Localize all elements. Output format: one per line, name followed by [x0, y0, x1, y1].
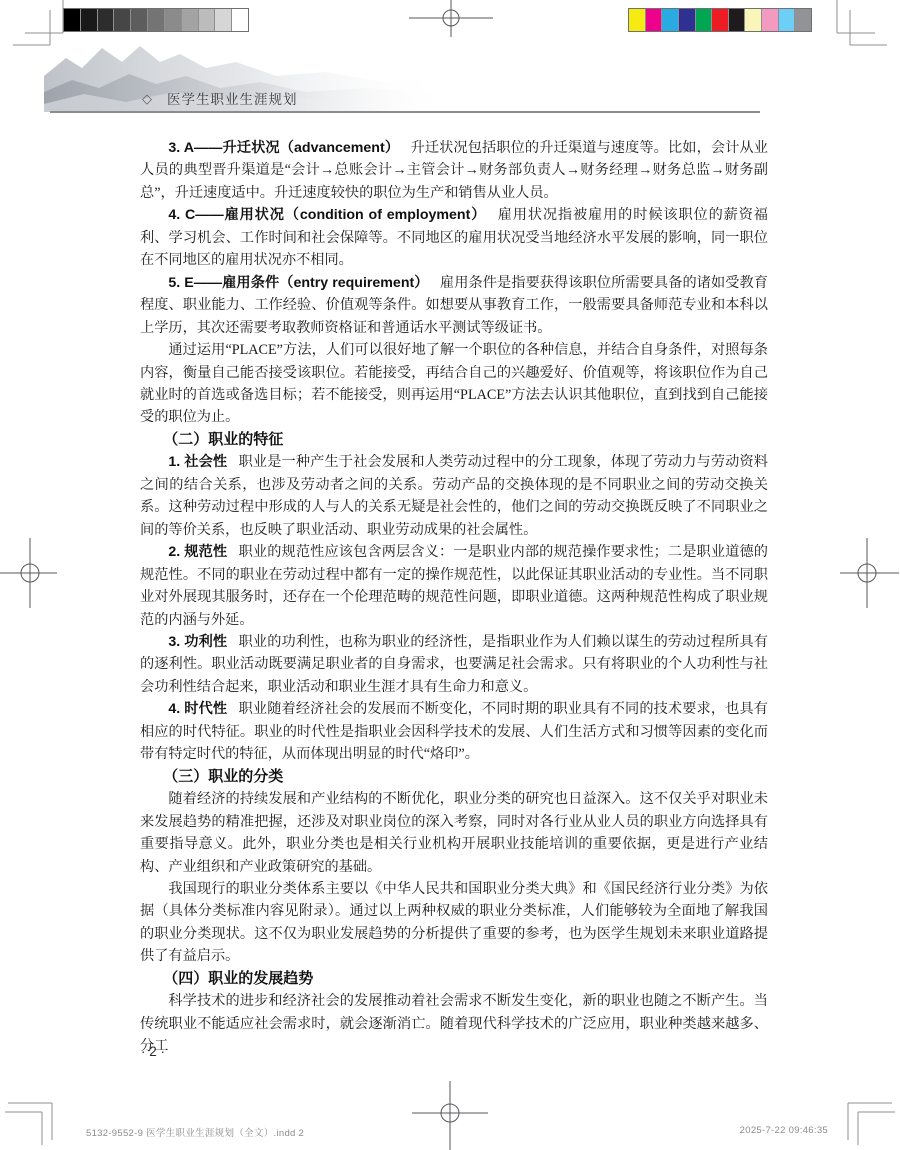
calibration-cell	[131, 9, 148, 31]
crop-mark-bottom-right	[835, 1095, 900, 1150]
section-heading-characteristics: （二）职业的特征	[140, 429, 768, 451]
running-header-title: 医学生职业生涯规划	[167, 88, 298, 108]
registration-mark-left	[0, 538, 58, 613]
calibration-cell	[646, 9, 663, 31]
paragraph-text: 我国现行的职业分类体系主要以《中华人民共和国职业分类大典》和《国民经济行业分类》…	[140, 881, 768, 964]
registration-mark-right	[840, 538, 900, 613]
calibration-cell	[64, 9, 81, 31]
paragraph-trends: 科学技术的进步和经济社会的发展推动着社会需求不断发生变化，新的职业也随之不断产生…	[140, 990, 768, 1057]
paragraph-lead: 2. 规范性	[168, 544, 227, 560]
diamond-icon: ◇	[142, 92, 152, 105]
paragraph-classification-research: 随着经济的持续发展和产业结构的不断优化，职业分类的研究也日益深入。这不仅关乎对职…	[140, 788, 768, 878]
paragraph-lead: 4. C——雇用状况（condition of employment）	[168, 207, 486, 223]
calibration-cell	[762, 9, 779, 31]
calibration-cell	[629, 9, 646, 31]
registration-mark-graphic	[0, 538, 58, 608]
grayscale-calibration-bar	[63, 8, 249, 32]
calibration-cell	[679, 9, 696, 31]
calibration-cell	[729, 9, 746, 31]
paragraph-place-method: 通过运用“PLACE”方法，人们可以很好地了解一个职位的各种信息，并结合自身条件…	[140, 339, 768, 429]
calibration-cell	[662, 9, 679, 31]
crop-mark-top-right	[830, 0, 900, 55]
paragraph-era: 4. 时代性职业随着经济社会的发展而不断变化，不同时期的职业具有不同的技术要求，…	[140, 698, 768, 765]
calibration-cell	[114, 9, 131, 31]
imposition-timestamp: 2025-7-22 09:46:35	[740, 1125, 828, 1136]
crop-mark-graphic	[835, 1095, 900, 1150]
crop-mark-graphic	[0, 1095, 65, 1150]
section-heading-trends: （四）职业的发展趋势	[140, 968, 768, 990]
calibration-cell	[712, 9, 729, 31]
paragraph-normativity: 2. 规范性职业的规范性应该包含两层含义：一是职业内部的规范操作要求性；二是职业…	[140, 541, 768, 631]
paragraph-text: 职业的规范性应该包含两层含义：一是职业内部的规范操作要求性；二是职业道德的规范性…	[140, 544, 768, 627]
paragraph-utility: 3. 功利性职业的功利性，也称为职业的经济性，是指职业作为人们赖以谋生的劳动过程…	[140, 631, 768, 698]
calibration-cell	[182, 9, 199, 31]
paragraph-classification-system: 我国现行的职业分类体系主要以《中华人民共和国职业分类大典》和《国民经济行业分类》…	[140, 878, 768, 968]
paragraph-entry-requirement: 5. E——雇用条件（entry requirement）雇用条件是指要获得该职…	[140, 272, 768, 339]
paragraph-condition-of-employment: 4. C——雇用状况（condition of employment）雇用状况指…	[140, 204, 768, 271]
paragraph-text: 随着经济的持续发展和产业结构的不断优化，职业分类的研究也日益深入。这不仅关乎对职…	[140, 791, 768, 874]
registration-mark-graphic	[409, 0, 493, 38]
paragraph-text: 职业随着经济社会的发展而不断变化，不同时期的职业具有不同的技术要求，也具有相应的…	[140, 701, 768, 762]
paragraph-lead: 3. 功利性	[168, 634, 227, 650]
calibration-cell	[81, 9, 98, 31]
imposition-filename: 5132-9552-9 医学生职业生涯规划（全文）.indd 2	[86, 1125, 304, 1139]
calibration-cell	[795, 9, 811, 31]
crop-mark-graphic	[830, 0, 900, 50]
calibration-cell	[165, 9, 182, 31]
paragraph-advancement: 3. A——升迁状况（advancement）升迁状况包括职位的升迁渠道与速度等…	[140, 137, 768, 204]
calibration-cell	[696, 9, 713, 31]
calibration-cell	[779, 9, 796, 31]
page-body-text: 3. A——升迁状况（advancement）升迁状况包括职位的升迁渠道与速度等…	[140, 137, 768, 1058]
calibration-cell	[98, 9, 115, 31]
paragraph-lead: 5. E——雇用条件（entry requirement）	[168, 275, 428, 291]
paragraph-text: 职业是一种产生于社会发展和人类劳动过程中的分工现象，体现了劳动力与劳动资料之间的…	[140, 454, 768, 537]
calibration-cell	[148, 9, 165, 31]
paragraph-lead: 1. 社会性	[168, 454, 227, 470]
paragraph-text: 科学技术的进步和经济社会的发展推动着社会需求不断发生变化，新的职业也随之不断产生…	[140, 993, 768, 1054]
color-calibration-bar	[628, 8, 812, 32]
paragraph-text: 通过运用“PLACE”方法，人们可以很好地了解一个职位的各种信息，并结合自身条件…	[140, 342, 768, 425]
calibration-cell	[232, 9, 248, 31]
crop-mark-bottom-left	[0, 1095, 65, 1150]
header-rule	[50, 111, 760, 113]
section-heading-classification: （三）职业的分类	[140, 766, 768, 788]
paragraph-lead: 3. A——升迁状况（advancement）	[168, 140, 399, 156]
paragraph-text: 职业的功利性，也称为职业的经济性，是指职业作为人们赖以谋生的劳动过程所具有的逐利…	[140, 634, 768, 695]
calibration-cell	[745, 9, 762, 31]
paragraph-lead: 4. 时代性	[168, 701, 227, 717]
calibration-cell	[199, 9, 216, 31]
book-page: ◇ 医学生职业生涯规划 3. A——升迁状况（advancement）升迁状况包…	[0, 0, 900, 1150]
registration-mark-graphic	[840, 538, 900, 608]
running-header: ◇ 医学生职业生涯规划	[142, 88, 298, 108]
registration-mark-graphic	[412, 1081, 488, 1150]
paragraph-sociality: 1. 社会性职业是一种产生于社会发展和人类劳动过程中的分工现象，体现了劳动力与劳…	[140, 451, 768, 541]
calibration-cell	[215, 9, 232, 31]
registration-mark-bottom	[412, 1081, 488, 1150]
page-number: · 2 ·	[141, 1044, 165, 1059]
